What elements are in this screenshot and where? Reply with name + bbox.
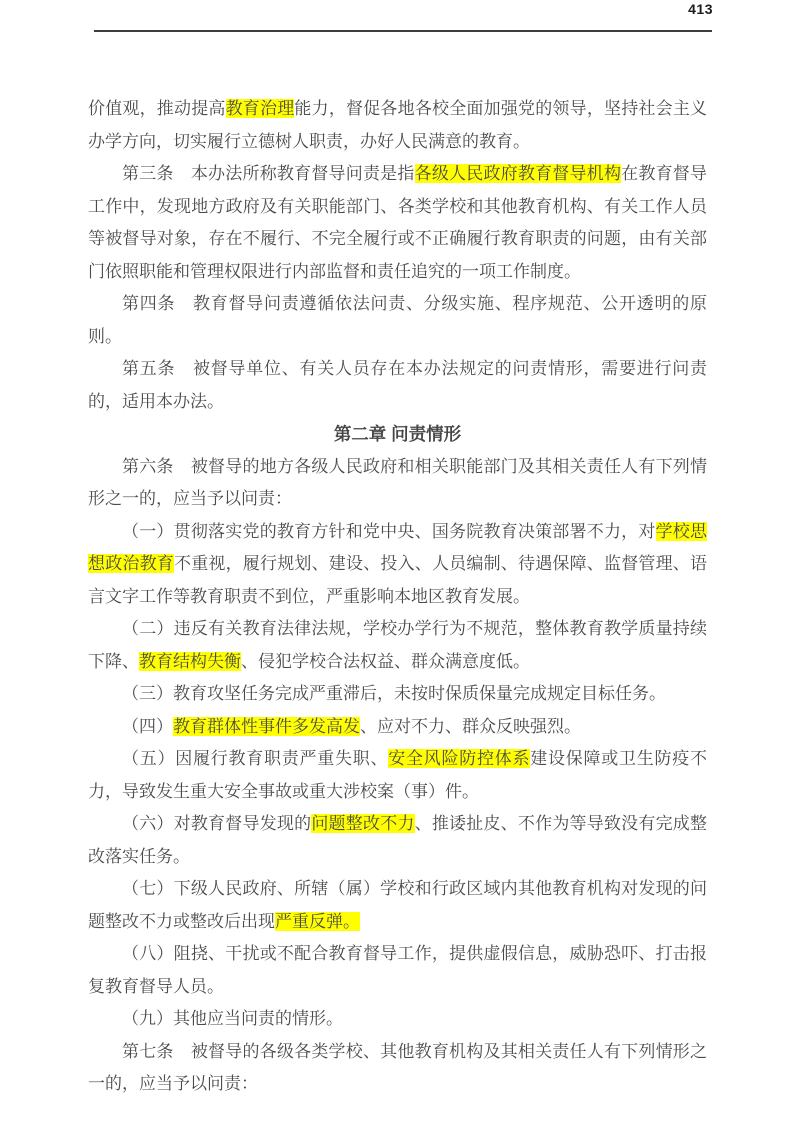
text-run: （九）其他应当问责的情形。: [122, 1009, 343, 1028]
text-run: 第六条 被督导的地方各级人民政府和相关职能部门及其相关责任人有下列情形之一的，应…: [88, 457, 707, 509]
text-run: 第七条 被督导的各级各类学校、其他教育机构及其相关责任人有下列情形之一的，应当予…: [88, 1042, 707, 1094]
header-rule: [94, 30, 712, 32]
text-run: （五）因履行教育职责严重失职、: [122, 749, 388, 768]
text-run: （三）教育攻坚任务完成严重滞后，未按时保质保量完成规定目标任务。: [122, 684, 666, 703]
text-run: （六）对教育督导发现的: [122, 814, 311, 833]
highlighted-text: 教育结构失衡: [139, 652, 241, 671]
text-run: （一）贯彻落实党的教育方针和党中央、国务院教育决策部署不力，对: [122, 522, 656, 541]
text-run: 第三条 本办法所称教育督导问责是指: [122, 164, 415, 183]
paragraph: （七）下级人民政府、所辖（属）学校和行政区域内其他教育机构对发现的问题整改不力或…: [88, 873, 707, 938]
paragraph: （一）贯彻落实党的教育方针和党中央、国务院教育决策部署不力，对学校思想政治教育不…: [88, 516, 707, 614]
paragraph: 第七条 被督导的各级各类学校、其他教育机构及其相关责任人有下列情形之一的，应当予…: [88, 1036, 707, 1101]
chapter-heading: 第二章 问责情形: [88, 418, 707, 451]
text-run: （八）阻挠、干扰或不配合教育督导工作，提供虚假信息，威胁恐吓、打击报复教育督导人…: [88, 944, 707, 996]
highlighted-text: 安全风险防控体系: [388, 749, 530, 768]
highlighted-text: 严重反弹。: [275, 912, 360, 931]
text-run: 、侵犯学校合法权益、群众满意度低。: [241, 652, 530, 671]
paragraph: （六）对教育督导发现的问题整改不力、推诿扯皮、不作为等导致没有完成整改落实任务。: [88, 808, 707, 873]
text-run: （七）下级人民政府、所辖（属）学校和行政区域内其他教育机构对发现的问题整改不力或…: [88, 879, 707, 931]
text-run: （四）: [122, 717, 173, 736]
text-run: 不重视，履行规划、建设、投入、人员编制、待遇保障、监督管理、语言文字工作等教育职…: [88, 554, 707, 606]
paragraph: 第三条 本办法所称教育督导问责是指各级人民政府教育督导机构在教育督导工作中，发现…: [88, 158, 707, 288]
text-run: 价值观，推动提高: [88, 99, 226, 118]
paragraph: （八）阻挠、干扰或不配合教育督导工作，提供虚假信息，威胁恐吓、打击报复教育督导人…: [88, 938, 707, 1003]
paragraph: 第五条 被督导单位、有关人员存在本办法规定的问责情形，需要进行问责的，适用本办法…: [88, 353, 707, 418]
text-run: 、应对不力、群众反映强烈。: [360, 717, 581, 736]
document-body: 价值观，推动提高教育治理能力，督促各地各校全面加强党的领导，坚持社会主义办学方向…: [88, 93, 707, 1101]
document-page: 413 价值观，推动提高教育治理能力，督促各地各校全面加强党的领导，坚持社会主义…: [0, 0, 793, 1122]
text-run: 第四条 教育督导问责遵循依法问责、分级实施、程序规范、公开透明的原则。: [88, 294, 707, 346]
page-number: 413: [688, 1, 713, 17]
highlighted-text: 各级人民政府教育督导机构: [415, 164, 622, 183]
paragraph: 价值观，推动提高教育治理能力，督促各地各校全面加强党的领导，坚持社会主义办学方向…: [88, 93, 707, 158]
paragraph: （九）其他应当问责的情形。: [88, 1003, 707, 1036]
highlighted-text: 教育治理: [226, 99, 295, 118]
paragraph: （五）因履行教育职责严重失职、安全风险防控体系建设保障或卫生防疫不力，导致发生重…: [88, 743, 707, 808]
highlighted-text: 教育群体性事件多发高发: [173, 717, 360, 736]
text-run: 第五条 被督导单位、有关人员存在本办法规定的问责情形，需要进行问责的，适用本办法…: [88, 359, 707, 411]
paragraph: 第六条 被督导的地方各级人民政府和相关职能部门及其相关责任人有下列情形之一的，应…: [88, 451, 707, 516]
highlighted-text: 问题整改不力: [311, 814, 414, 833]
paragraph: （四）教育群体性事件多发高发、应对不力、群众反映强烈。: [88, 711, 707, 744]
paragraph: （二）违反有关教育法律法规，学校办学行为不规范，整体教育教学质量持续下降、教育结…: [88, 613, 707, 678]
paragraph: 第四条 教育督导问责遵循依法问责、分级实施、程序规范、公开透明的原则。: [88, 288, 707, 353]
paragraph: （三）教育攻坚任务完成严重滞后，未按时保质保量完成规定目标任务。: [88, 678, 707, 711]
